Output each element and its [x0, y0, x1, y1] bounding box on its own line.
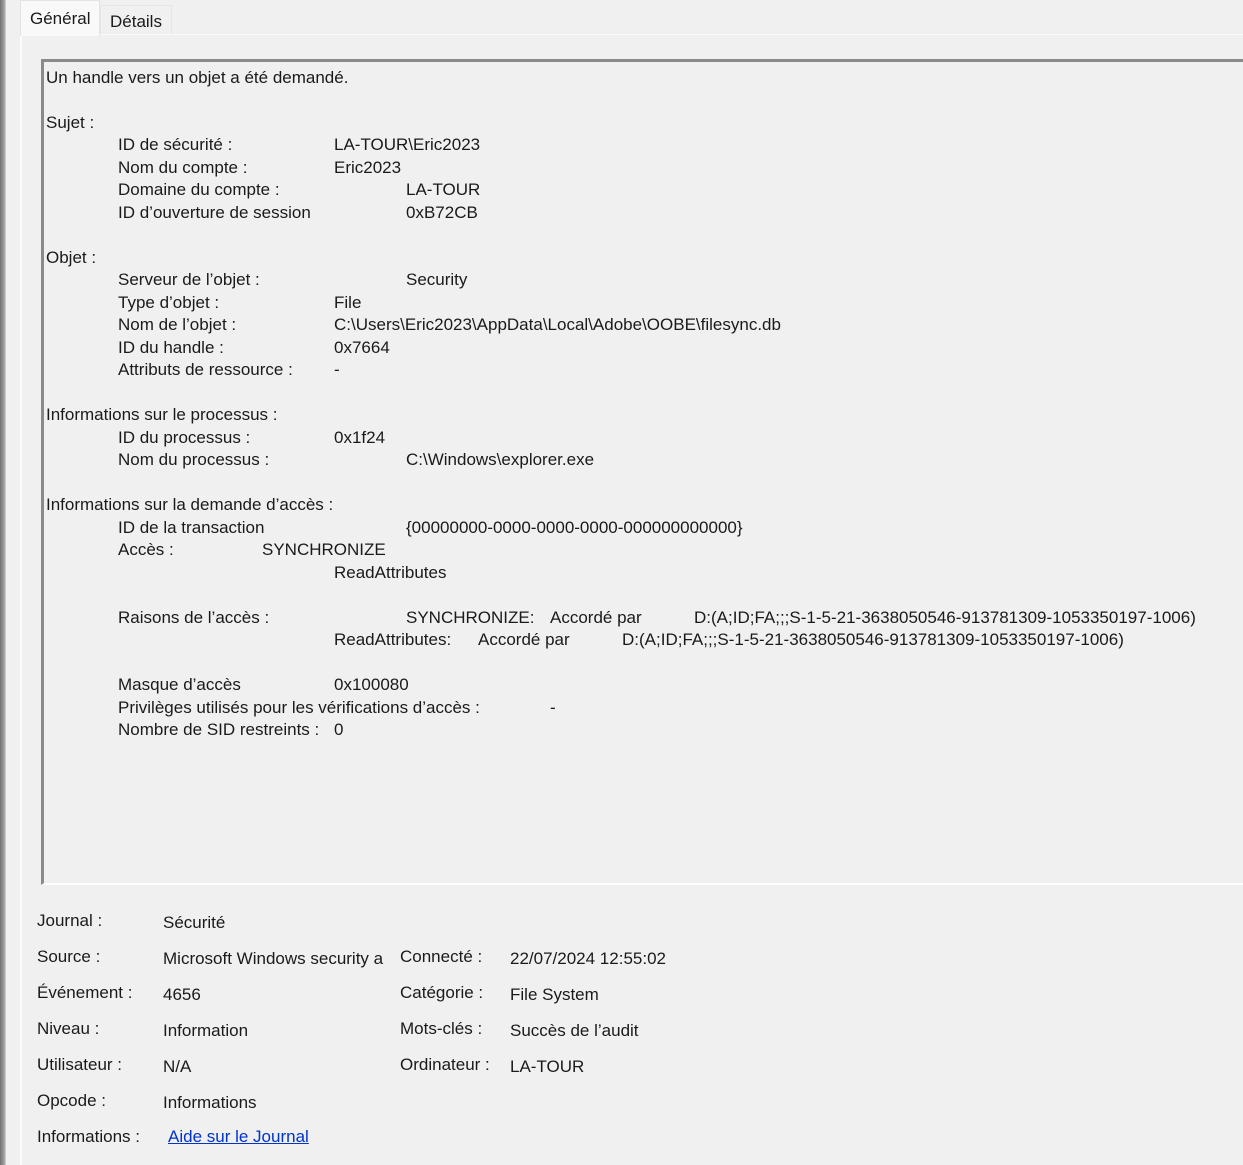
- account-domain-value: LA-TOUR: [406, 179, 480, 201]
- reason-right-readattributes: ReadAttributes:: [334, 629, 451, 651]
- object-server-value: Security: [406, 269, 467, 291]
- opcode-value: Informations: [163, 1092, 257, 1114]
- object-type-value: File: [334, 292, 361, 314]
- object-name-value: C:\Users\Eric2023\AppData\Local\Adobe\OO…: [334, 314, 781, 336]
- window-edge: [0, 0, 6, 1165]
- level-value: Information: [163, 1020, 248, 1042]
- object-server-label: Serveur de l’objet :: [118, 269, 260, 291]
- security-id-value: LA-TOUR\Eric2023: [334, 134, 480, 156]
- event-log-help-link[interactable]: Aide sur le Journal: [168, 1126, 309, 1148]
- transaction-id-value: {00000000-0000-0000-0000-000000000000}: [406, 517, 743, 539]
- access-reasons-label: Raisons de l’accès :: [118, 607, 269, 629]
- handle-id-value: 0x7664: [334, 337, 390, 359]
- tab-details[interactable]: Détails: [100, 5, 172, 35]
- handle-id-label: ID du handle :: [118, 337, 224, 359]
- reason-by-readattributes: D:(A;ID;FA;;;S-1-5-21-3638050546-9137813…: [622, 629, 1124, 651]
- access-mask-label: Masque d’accès: [118, 674, 241, 696]
- keywords-value: Succès de l’audit: [510, 1020, 639, 1042]
- category-value: File System: [510, 984, 599, 1006]
- privileges-value: -: [550, 697, 556, 719]
- source-label: Source :: [37, 946, 100, 968]
- reason-granted-readattributes: Accordé par: [478, 629, 570, 651]
- reason-by-synchronize: D:(A;ID;FA;;;S-1-5-21-3638050546-9137813…: [694, 607, 1196, 629]
- source-value: Microsoft Windows security a: [163, 948, 389, 970]
- logged-value: 22/07/2024 12:55:02: [510, 948, 666, 970]
- user-value: N/A: [163, 1056, 191, 1078]
- access-mask-value: 0x100080: [334, 674, 409, 696]
- opcode-label: Opcode :: [37, 1090, 106, 1112]
- restricted-sid-value: 0: [334, 719, 343, 741]
- category-label: Catégorie :: [400, 982, 483, 1004]
- logon-id-label: ID d’ouverture de session: [118, 202, 311, 224]
- transaction-id-label: ID de la transaction: [118, 517, 264, 539]
- event-id-label: Événement :: [37, 982, 132, 1004]
- resource-attributes-label: Attributs de ressource :: [118, 359, 293, 381]
- process-id-value: 0x1f24: [334, 427, 385, 449]
- logged-label: Connecté :: [400, 946, 482, 968]
- account-name-label: Nom du compte :: [118, 157, 247, 179]
- level-label: Niveau :: [37, 1018, 99, 1040]
- reason-right-synchronize: SYNCHRONIZE:: [406, 607, 534, 629]
- access-request-heading: Informations sur la demande d’accès :: [46, 494, 333, 516]
- access-value-synchronize: SYNCHRONIZE: [262, 539, 386, 561]
- account-domain-label: Domaine du compte :: [118, 179, 280, 201]
- log-label: Journal :: [37, 910, 102, 932]
- access-label: Accès :: [118, 539, 174, 561]
- privileges-label: Privilèges utilisés pour les vérificatio…: [118, 697, 480, 719]
- subject-heading: Sujet :: [46, 112, 94, 134]
- tab-divider: [100, 34, 1243, 35]
- computer-label: Ordinateur :: [400, 1054, 490, 1076]
- object-heading: Objet :: [46, 247, 96, 269]
- tab-general[interactable]: Général: [20, 0, 100, 36]
- process-name-value: C:\Windows\explorer.exe: [406, 449, 594, 471]
- resource-attributes-value: -: [334, 359, 340, 381]
- logon-id-value: 0xB72CB: [406, 202, 478, 224]
- log-value: Sécurité: [163, 912, 225, 934]
- event-id-value: 4656: [163, 984, 201, 1006]
- restricted-sid-label: Nombre de SID restreints :: [118, 719, 319, 741]
- object-name-label: Nom de l’objet :: [118, 314, 236, 336]
- reason-granted-synchronize: Accordé par: [550, 607, 642, 629]
- object-type-label: Type d’objet :: [118, 292, 219, 314]
- user-label: Utilisateur :: [37, 1054, 122, 1076]
- more-info-label: Informations :: [37, 1126, 140, 1148]
- process-heading: Informations sur le processus :: [46, 404, 277, 426]
- process-name-label: Nom du processus :: [118, 449, 269, 471]
- security-id-label: ID de sécurité :: [118, 134, 232, 156]
- computer-value: LA-TOUR: [510, 1056, 584, 1078]
- process-id-label: ID du processus :: [118, 427, 250, 449]
- account-name-value: Eric2023: [334, 157, 401, 179]
- event-description-box[interactable]: Un handle vers un objet a été demandé. S…: [41, 59, 1243, 885]
- access-value-readattributes: ReadAttributes: [334, 562, 446, 584]
- keywords-label: Mots-clés :: [400, 1018, 482, 1040]
- tab-page-border: [20, 34, 22, 1165]
- event-title: Un handle vers un objet a été demandé.: [46, 67, 348, 89]
